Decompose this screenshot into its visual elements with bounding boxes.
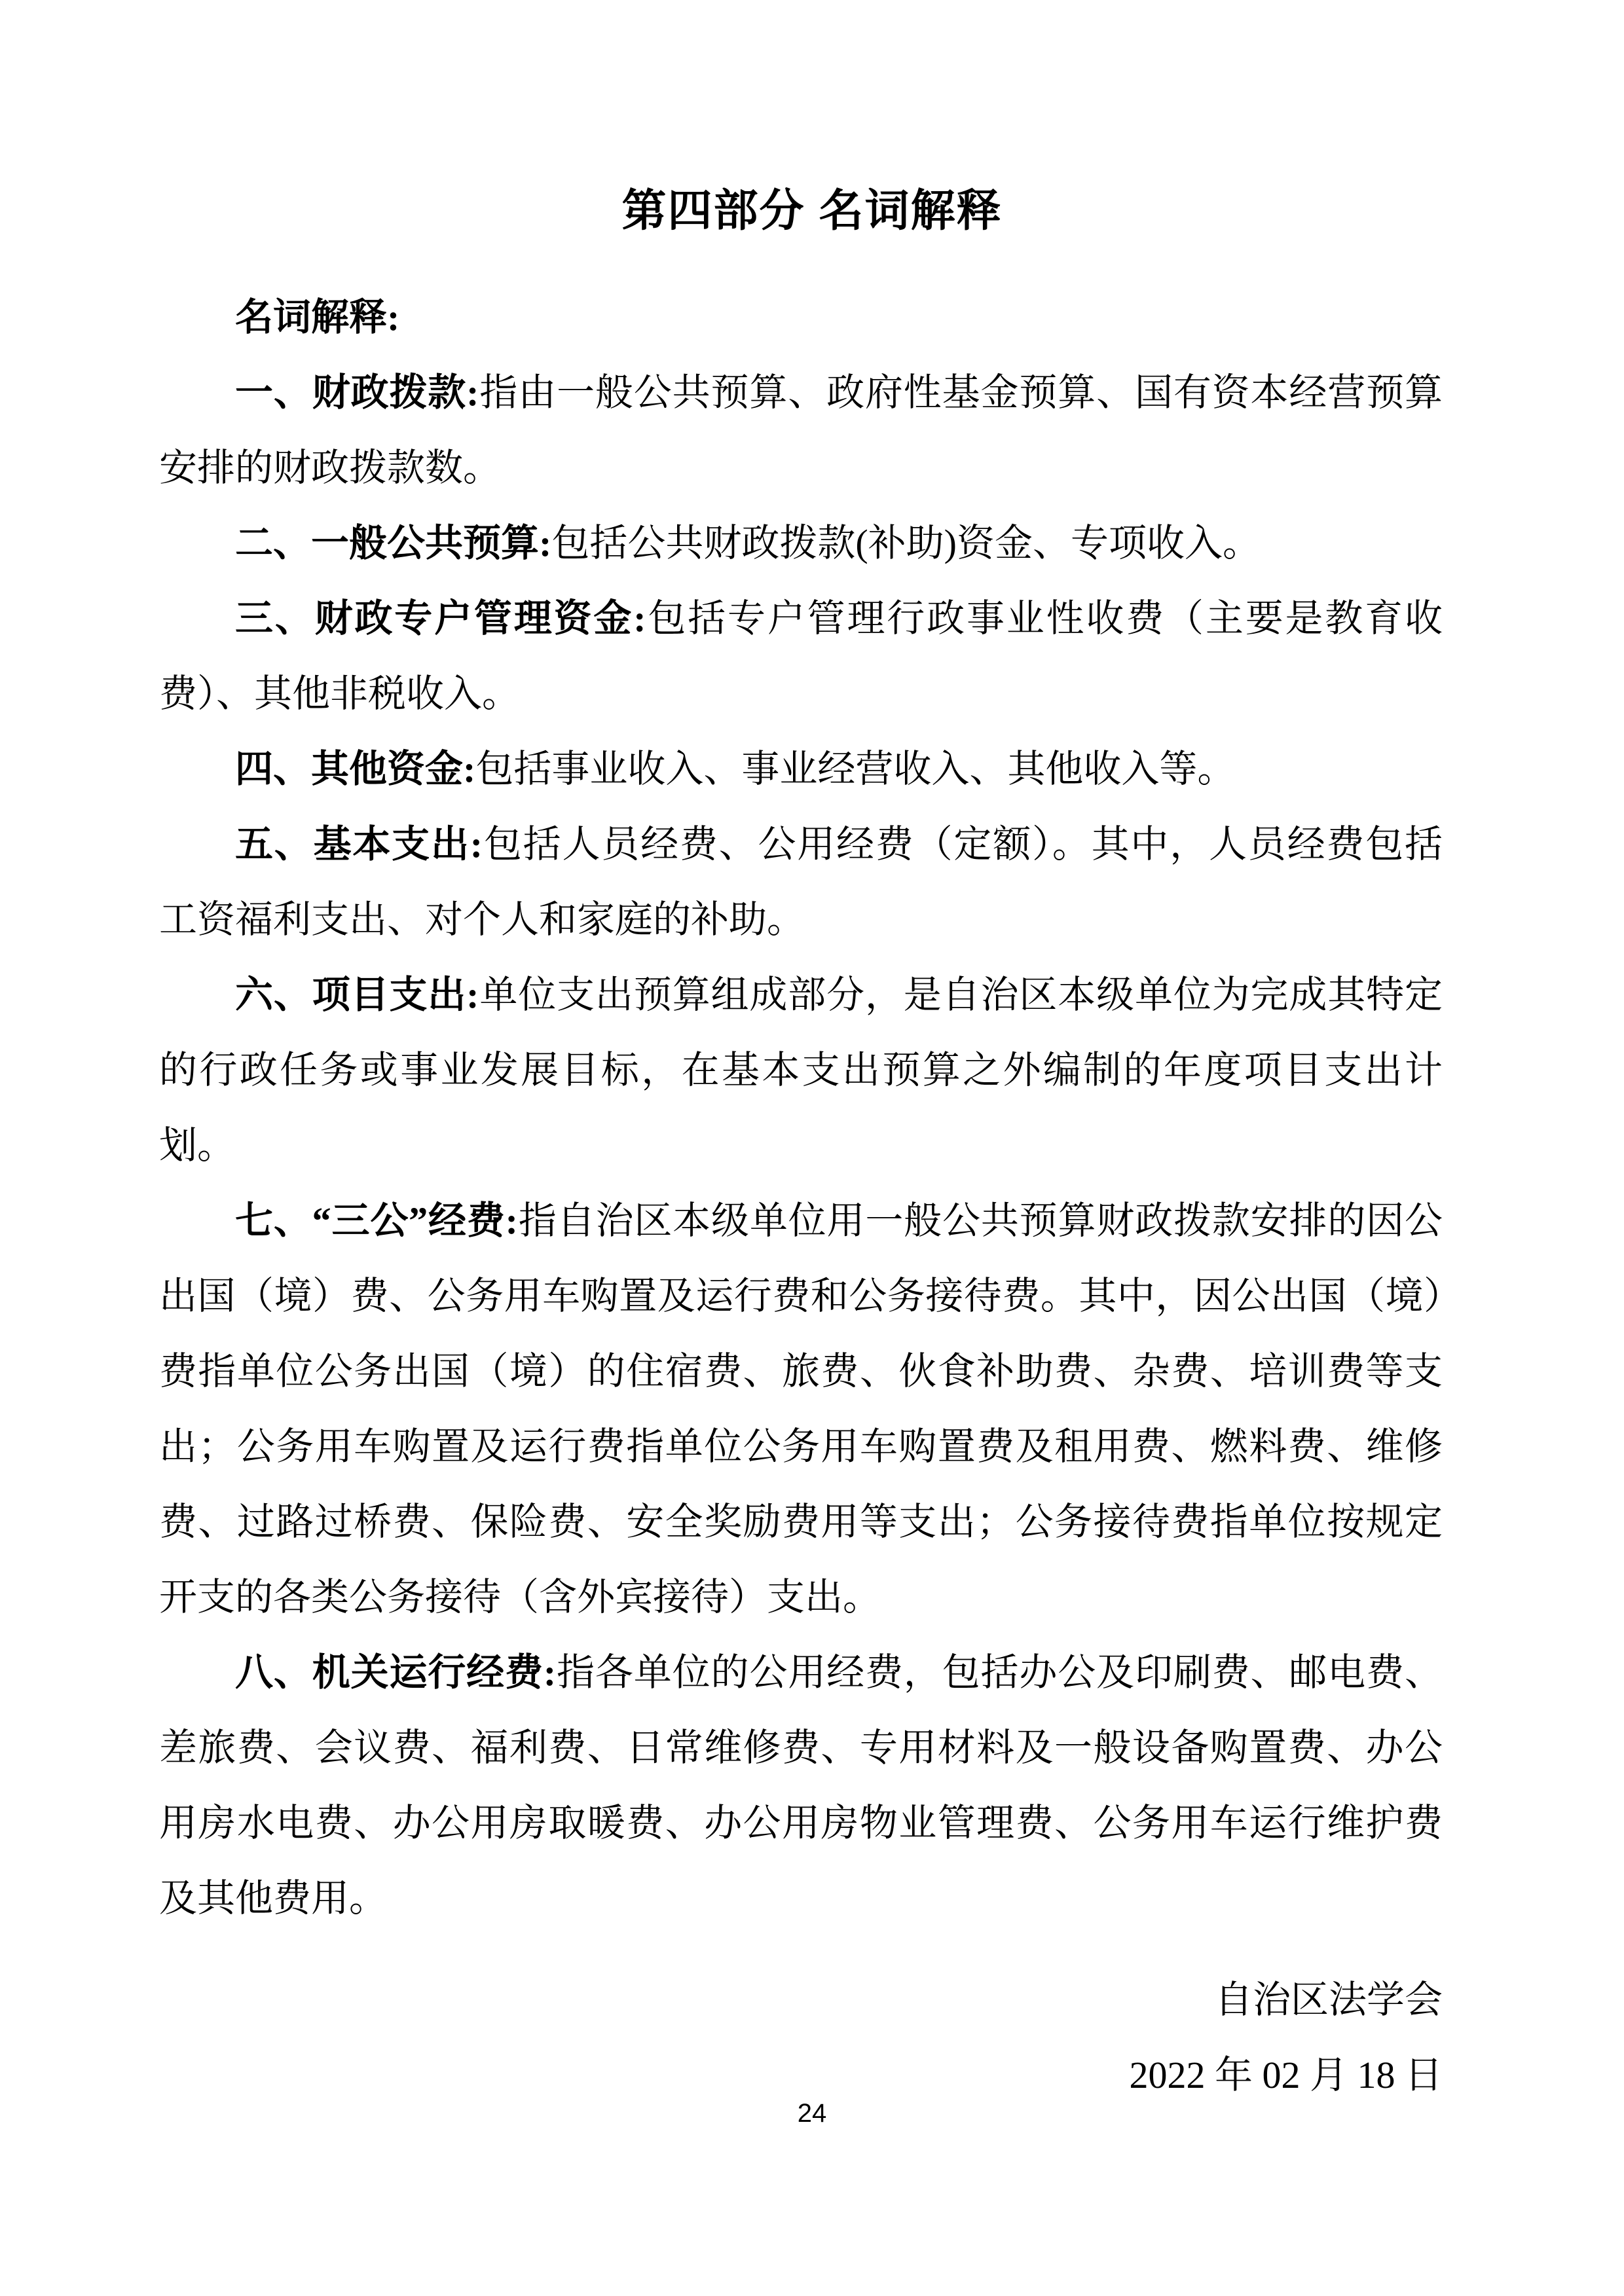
document-body: 名词解释: 一、财政拨款:指由一般公共预算、政府性基金预算、国有资本经营预算安排… [159,280,1443,2113]
term-definition: 包括公共财政拨款(补助)资金、专项收入。 [551,522,1261,564]
glossary-paragraph: 三、财政专户管理资金:包括专户管理行政事业性收费（主要是教育收费）、其他非税收入… [159,581,1443,731]
term-label: 五、基本支出: [235,823,483,866]
document-page: 第四部分 名词解释 名词解释: 一、财政拨款:指由一般公共预算、政府性基金预算、… [0,0,1624,2296]
term-label: 六、项目支出: [235,974,479,1016]
page-number: 24 [0,2098,1624,2128]
term-label: 八、机关运行经费: [235,1651,556,1694]
glossary-paragraph: 七、“三公”经费:指自治区本级单位用一般公共预算财政拨款安排的因公出国（境）费、… [159,1183,1443,1635]
glossary-paragraph: 一、财政拨款:指由一般公共预算、政府性基金预算、国有资本经营预算安排的财政拨款数… [159,355,1443,505]
page-title: 第四部分 名词解释 [0,178,1624,244]
glossary-paragraph: 八、机关运行经费:指各单位的公用经费，包括办公及印刷费、邮电费、差旅费、会议费、… [159,1635,1443,1936]
term-label: 一、财政拨款: [235,371,479,414]
term-definition: 包括事业收入、事业经营收入、其他收入等。 [475,748,1235,790]
glossary-paragraph: 五、基本支出:包括人员经费、公用经费（定额）。其中，人员经费包括工资福利支出、对… [159,807,1443,957]
glossary-paragraph: 二、一般公共预算:包括公共财政拨款(补助)资金、专项收入。 [159,505,1443,581]
glossary-paragraph: 六、项目支出:单位支出预算组成部分，是自治区本级单位为完成其特定的行政任务或事业… [159,957,1443,1183]
term-label: 二、一般公共预算: [235,522,551,564]
term-label: 四、其他资金: [235,748,475,790]
glossary-intro: 名词解释: [159,280,1443,355]
term-definition: 指自治区本级单位用一般公共预算财政拨款安排的因公出国（境）费、公务用车购置及运行… [159,1199,1443,1618]
signature: 自治区法学会 [159,1962,1443,2037]
term-label: 三、财政专户管理资金: [235,597,646,640]
term-label: 七、“三公”经费: [235,1199,518,1242]
paragraph-list: 一、财政拨款:指由一般公共预算、政府性基金预算、国有资本经营预算安排的财政拨款数… [159,355,1443,1936]
glossary-paragraph: 四、其他资金:包括事业收入、事业经营收入、其他收入等。 [159,731,1443,807]
